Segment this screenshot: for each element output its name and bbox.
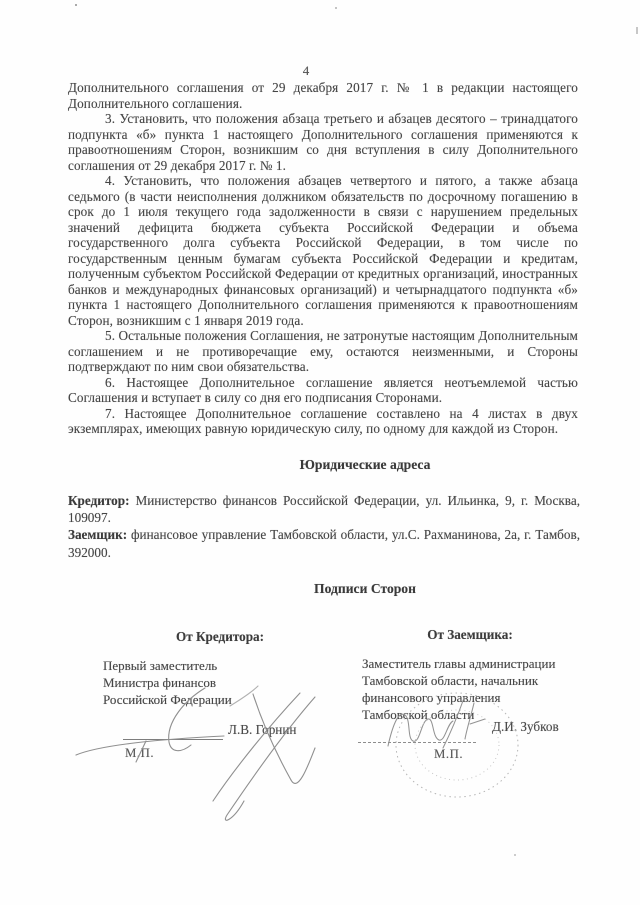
signatures-heading: Подписи Сторон [0,581,640,597]
borrower-signature-line [358,741,476,743]
borrower-address: Заемщик: финансовое управление Тамбовско… [68,526,580,560]
creditor-signature-header: От Кредитора: [155,629,285,645]
paragraph: 3. Установить, что положения абзаца трет… [68,111,578,173]
document-body: Дополнительного соглашения от 29 декабря… [68,80,578,437]
scan-artifact [636,27,638,34]
borrower-seal-mark: М.П. [434,747,463,762]
paragraph: 7. Настоящее Дополнительное соглашение с… [68,406,578,437]
creditor-signature-line [123,738,223,740]
scan-artifact [75,4,77,6]
title-line: Первый заместитель [103,657,232,674]
borrower-signature-header: От Заемщика: [405,627,535,643]
title-line: Российской Федерации [103,691,232,708]
legal-addresses-heading: Юридические адреса [0,457,640,473]
paragraph: 6. Настоящее Дополнительное соглашение я… [68,375,578,406]
borrower-signer-title: Заместитель главы администрации Тамбовск… [362,655,555,723]
legal-addresses-block: Кредитор: Министерство финансов Российск… [68,492,580,561]
scan-artifact [514,854,516,856]
paragraph: Дополнительного соглашения от 29 декабря… [68,80,578,111]
borrower-signer-name: Д.И. Зубков [492,719,559,735]
paragraph: 4. Установить, что положения абзацев чет… [68,173,578,328]
scanned-document-page: 4 Дополнительного соглашения от 29 декаб… [0,0,640,905]
creditor-seal-mark: М.П. [125,746,154,761]
title-line: финансового управления [362,689,555,706]
title-line: Тамбовской области, начальник [362,672,555,689]
creditor-label: Кредитор: [68,493,129,508]
borrower-label: Заемщик: [68,527,127,542]
title-line: Заместитель главы администрации [362,655,555,672]
scan-artifact [335,7,337,9]
title-line: Министра финансов [103,674,232,691]
borrower-address-text: финансовое управление Тамбовской области… [68,527,580,559]
creditor-signer-title: Первый заместитель Министра финансов Рос… [103,657,232,708]
creditor-signer-name: Л.В. Горнин [228,722,296,738]
paragraph: 5. Остальные положения Соглашения, не за… [68,328,578,375]
creditor-address-text: Министерство финансов Российской Федерац… [68,493,580,525]
creditor-address: Кредитор: Министерство финансов Российск… [68,492,580,526]
page-number: 4 [0,63,612,79]
